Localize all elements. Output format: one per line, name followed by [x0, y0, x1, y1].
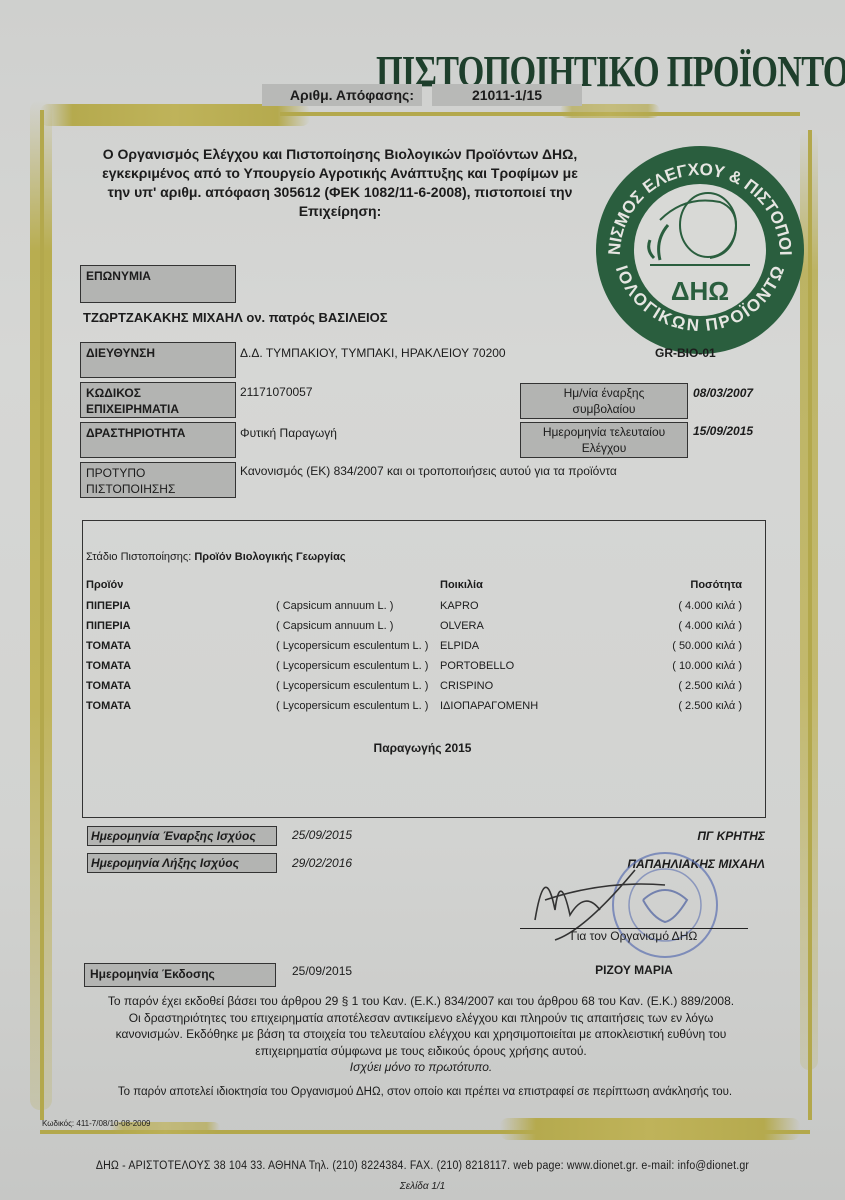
dio-logo-icon: ΟΡΓΑΝΙΣΜΟΣ ΕΛΕΓΧΟΥ & ΠΙΣΤΟΠΟΙΗΣΗΣ ΒΙΟΛΟΓ…	[590, 140, 810, 360]
contact-info: ΔΗΩ - ΑΡΙΣΤΟΤΕΛΟΥΣ 38 104 33. ΑΘΗΝΑ Τηλ.…	[34, 1160, 811, 1172]
activity-label: ΔΡΑΣΤΗΡΙΟΤΗΤΑ	[80, 422, 236, 458]
product-scientific: ( Capsicum annuum L. )	[276, 620, 393, 632]
product-scientific: ( Lycopersicum esculentum L. )	[276, 660, 428, 672]
products-table-header: Προϊόν Ποικιλία Ποσότητα	[86, 579, 758, 598]
certification-body-code: GR-BIO-01	[655, 346, 716, 360]
page-number: Σελίδα 1/1	[0, 1181, 845, 1192]
issue-date-label: Ημερομηνία Έκδοσης	[84, 963, 276, 987]
contract-start-value: 08/03/2007	[693, 386, 753, 400]
validity-start-label: Ημερομηνία Έναρξης Ισχύος	[87, 826, 277, 846]
validity-start-value: 25/09/2015	[292, 828, 352, 842]
product-quantity: ( 2.500 κιλά )	[678, 700, 742, 712]
product-variety: ΙΔΙΟΠΑΡΑΓΟΜΕΝΗ	[440, 700, 538, 712]
product-scientific: ( Lycopersicum esculentum L. )	[276, 640, 428, 652]
address-value: Δ.Δ. ΤΥΜΠΑΚΙΟΥ, ΤΥΜΠΑΚΙ, ΗΡΑΚΛΕΙΟΥ 70200	[240, 346, 506, 360]
validity-end-value: 29/02/2016	[292, 856, 352, 870]
product-row: ΤΟΜΑΤΑ( Lycopersicum esculentum L. )PORT…	[86, 660, 758, 679]
last-inspection-value: 15/09/2015	[693, 424, 753, 438]
form-code: Κωδικός: 411-7/08/10-08-2009	[42, 1119, 151, 1128]
product-variety: KAPRO	[440, 600, 479, 612]
product-row: ΤΟΜΑΤΑ( Lycopersicum esculentum L. )CRIS…	[86, 680, 758, 699]
product-variety: OLVERA	[440, 620, 484, 632]
product-scientific: ( Lycopersicum esculentum L. )	[276, 700, 428, 712]
product-quantity: ( 50.000 κιλά )	[672, 640, 742, 652]
product-variety: PORTOBELLO	[440, 660, 514, 672]
product-product: ΤΟΜΑΤΑ	[86, 700, 131, 712]
product-row: ΠΙΠΕΡΙΑ( Capsicum annuum L. )OLVERA( 4.0…	[86, 620, 758, 639]
address-label: ΔΙΕΥΘΥΝΣΗ	[80, 342, 236, 378]
certification-intro: Ο Οργανισμός Ελέγχου και Πιστοποίησης Βι…	[90, 145, 590, 221]
product-variety: ELPIDA	[440, 640, 479, 652]
decision-number-value: 21011-1/15	[432, 84, 582, 106]
business-code-label: ΚΩΔΙΚΟΣ ΕΠΙΧΕΙΡΗΜΑΤΙΑ	[80, 382, 236, 418]
business-name-value: ΤΖΩΡΤΖΑΚΑΚΗΣ ΜΙΧΑΗΛ ον. πατρός ΒΑΣΙΛΕΙΟΣ	[83, 310, 388, 325]
certification-stage: Στάδιο Πιστοποίησης: Προϊόν Βιολογικής Γ…	[86, 551, 346, 563]
product-row: ΤΟΜΑΤΑ( Lycopersicum esculentum L. )ΙΔΙΟ…	[86, 700, 758, 719]
product-scientific: ( Lycopersicum esculentum L. )	[276, 680, 428, 692]
product-row: ΠΙΠΕΡΙΑ( Capsicum annuum L. )KAPRO( 4.00…	[86, 600, 758, 619]
business-code-value: 21171070057	[240, 385, 313, 399]
production-season: Παραγωγής 2015	[0, 741, 845, 755]
product-product: ΤΟΜΑΤΑ	[86, 680, 131, 692]
standard-label: ΠΡΟΤΥΠΟ ΠΙΣΤΟΠΟΙΗΣΗΣ	[80, 462, 236, 498]
product-row: ΤΟΜΑΤΑ( Lycopersicum esculentum L. )ELPI…	[86, 640, 758, 659]
product-scientific: ( Capsicum annuum L. )	[276, 600, 393, 612]
signatory-name: ΡΙΖΟΥ ΜΑΡΙΑ	[520, 963, 748, 977]
issue-date-value: 25/09/2015	[292, 964, 352, 978]
product-quantity: ( 10.000 κιλά )	[672, 660, 742, 672]
for-organization-label: Για τον Οργανισμό ΔΗΩ	[520, 929, 748, 943]
ownership-notice: Το παρόν αποτελεί ιδιοκτησία του Οργανισ…	[40, 1086, 810, 1098]
last-inspection-label: Ημερομηνία τελευταίου Ελέγχου	[520, 422, 688, 458]
product-product: ΠΙΠΕΡΙΑ	[86, 620, 131, 632]
product-product: ΤΟΜΑΤΑ	[86, 640, 131, 652]
product-product: ΤΟΜΑΤΑ	[86, 660, 131, 672]
validity-end-label: Ημερομηνία Λήξης Ισχύος	[87, 853, 277, 873]
activity-value: Φυτική Παραγωγή	[240, 426, 337, 440]
svg-text:ΔΗΩ: ΔΗΩ	[671, 276, 729, 306]
product-quantity: ( 2.500 κιλά )	[678, 680, 742, 692]
certificate-page: ΠΙΣΤΟΠΟΙΗΤΙΚΟ ΠΡΟΪΟΝΤΟΣ Αριθμ. Απόφασης:…	[0, 0, 845, 1200]
legal-notice: Το παρόν έχει εκδοθεί βάσει του άρθρου 2…	[60, 993, 782, 1076]
standard-value: Κανονισμός (ΕΚ) 834/2007 και οι τροποποι…	[240, 464, 617, 478]
product-quantity: ( 4.000 κιλά )	[678, 620, 742, 632]
product-quantity: ( 4.000 κιλά )	[678, 600, 742, 612]
business-name-label: ΕΠΩΝΥΜΙΑ	[80, 265, 236, 303]
product-product: ΠΙΠΕΡΙΑ	[86, 600, 131, 612]
contract-start-label: Ημ/νία έναρξης συμβολαίου	[520, 383, 688, 419]
decision-number-label: Αριθμ. Απόφασης:	[262, 84, 422, 106]
product-variety: CRISPINO	[440, 680, 493, 692]
